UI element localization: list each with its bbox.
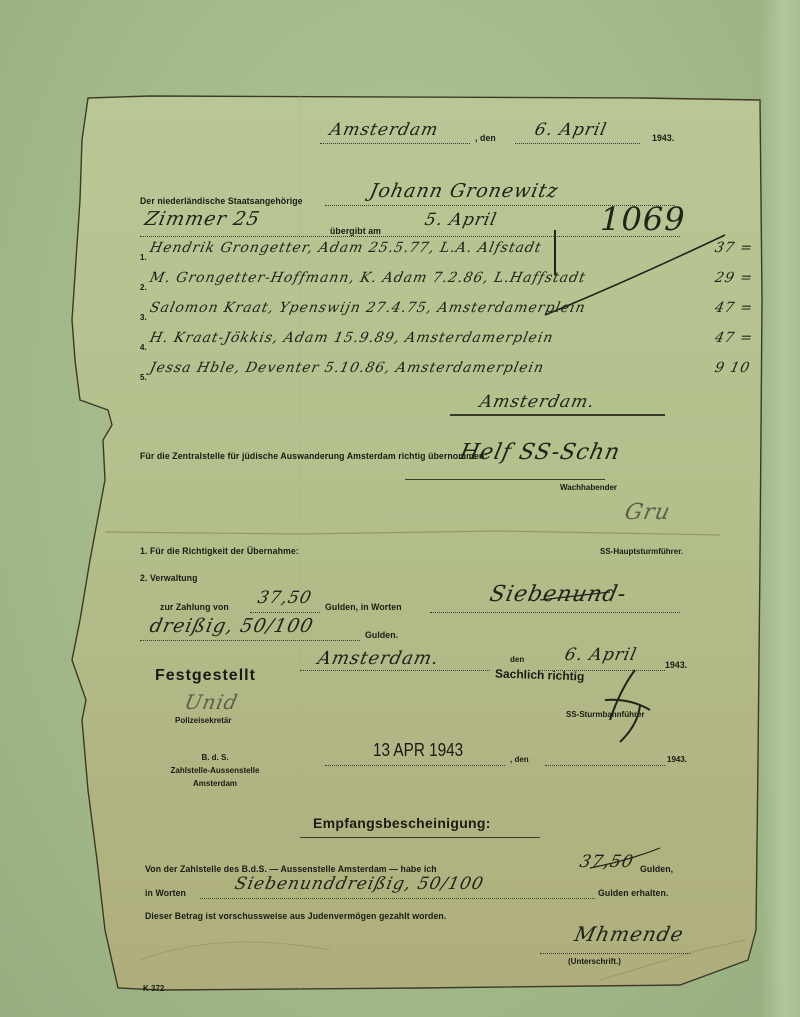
pen-marks [0, 0, 800, 1017]
document-paper: Amsterdam , den 6. April 1943. Der niede… [0, 0, 800, 1017]
